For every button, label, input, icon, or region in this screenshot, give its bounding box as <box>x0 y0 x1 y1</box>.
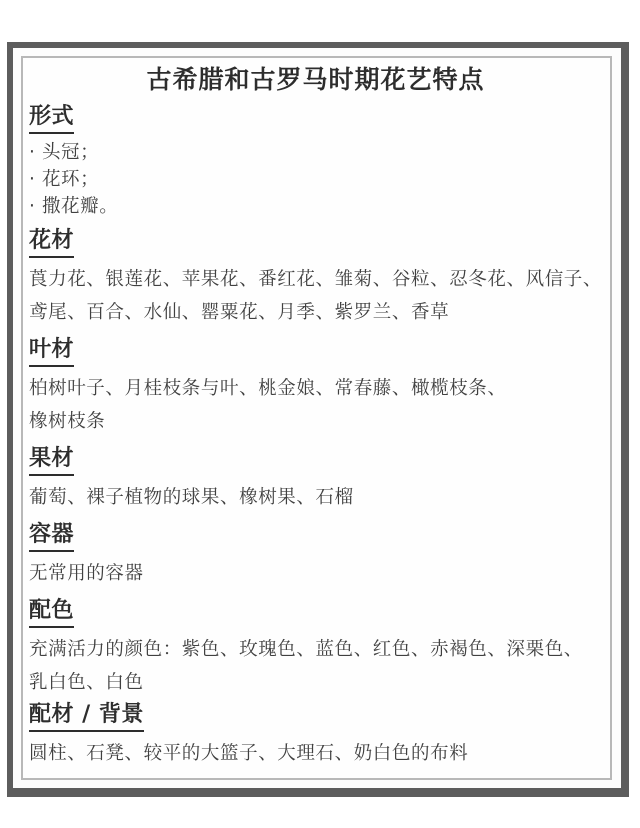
section-heading-label: 叶材 <box>29 337 74 367</box>
section-accessories-background: 配材 / 背景 圆柱、石凳、较平的大篮子、大理石、奶白色的布料 <box>29 702 602 770</box>
section-fruit-materials: 果材 葡萄、裸子植物的球果、橡树果、石榴 <box>29 446 602 514</box>
card-inner-border: 古希腊和古罗马时期花艺特点 形式 · 头冠； · 花环； · 撒花瓣。 花材 莨… <box>21 56 612 780</box>
section-containers: 容器 无常用的容器 <box>29 522 602 590</box>
text-line: 橡树枝条 <box>29 405 602 438</box>
text-line: 柏树叶子、月桂枝条与叶、桃金娘、常春藤、橄榄枝条、 <box>29 372 602 405</box>
section-heading-accessories-background: 配材 / 背景 <box>29 702 602 732</box>
text-line: 莨力花、银莲花、苹果花、番红花、雏菊、谷粒、忍冬花、风信子、 <box>29 263 602 296</box>
section-heading-containers: 容器 <box>29 522 602 552</box>
section-heading-color-scheme: 配色 <box>29 598 602 628</box>
section-heading-leaf-materials: 叶材 <box>29 337 602 367</box>
section-heading-label: 容器 <box>29 522 74 552</box>
bullet-item: · 头冠； <box>29 139 602 166</box>
text-line: 葡萄、裸子植物的球果、橡树果、石榴 <box>29 481 602 514</box>
text-line: 圆柱、石凳、较平的大篮子、大理石、奶白色的布料 <box>29 737 602 770</box>
bullet-item: · 撒花瓣。 <box>29 193 602 220</box>
section-leaf-materials: 叶材 柏树叶子、月桂枝条与叶、桃金娘、常春藤、橄榄枝条、 橡树枝条 <box>29 337 602 438</box>
section-flower-materials: 花材 莨力花、银莲花、苹果花、番红花、雏菊、谷粒、忍冬花、风信子、 鸢尾、百合、… <box>29 228 602 329</box>
section-heading-label: 配材 / 背景 <box>29 702 144 732</box>
section-heading-label: 花材 <box>29 228 74 258</box>
text-line: 鸢尾、百合、水仙、罂粟花、月季、紫罗兰、香草 <box>29 296 602 329</box>
card-frame: 古希腊和古罗马时期花艺特点 形式 · 头冠； · 花环； · 撒花瓣。 花材 莨… <box>7 42 629 797</box>
section-heading-flower-materials: 花材 <box>29 228 602 258</box>
text-line: 乳白色、白色 <box>29 666 602 699</box>
section-heading-label: 配色 <box>29 598 74 628</box>
section-heading-form: 形式 <box>29 104 602 134</box>
section-heading-label: 果材 <box>29 446 74 476</box>
text-line: 充满活力的颜色：紫色、玫瑰色、蓝色、红色、赤褐色、深栗色、 <box>29 633 602 666</box>
page: 古希腊和古罗马时期花艺特点 形式 · 头冠； · 花环； · 撒花瓣。 花材 莨… <box>0 0 640 828</box>
section-color-scheme: 配色 充满活力的颜色：紫色、玫瑰色、蓝色、红色、赤褐色、深栗色、 乳白色、白色 <box>29 598 602 699</box>
section-form: 形式 · 头冠； · 花环； · 撒花瓣。 <box>29 104 602 220</box>
section-heading-fruit-materials: 果材 <box>29 446 602 476</box>
section-heading-label: 形式 <box>29 104 74 134</box>
bullet-item: · 花环； <box>29 166 602 193</box>
page-title: 古希腊和古罗马时期花艺特点 <box>29 64 602 96</box>
text-line: 无常用的容器 <box>29 557 602 590</box>
